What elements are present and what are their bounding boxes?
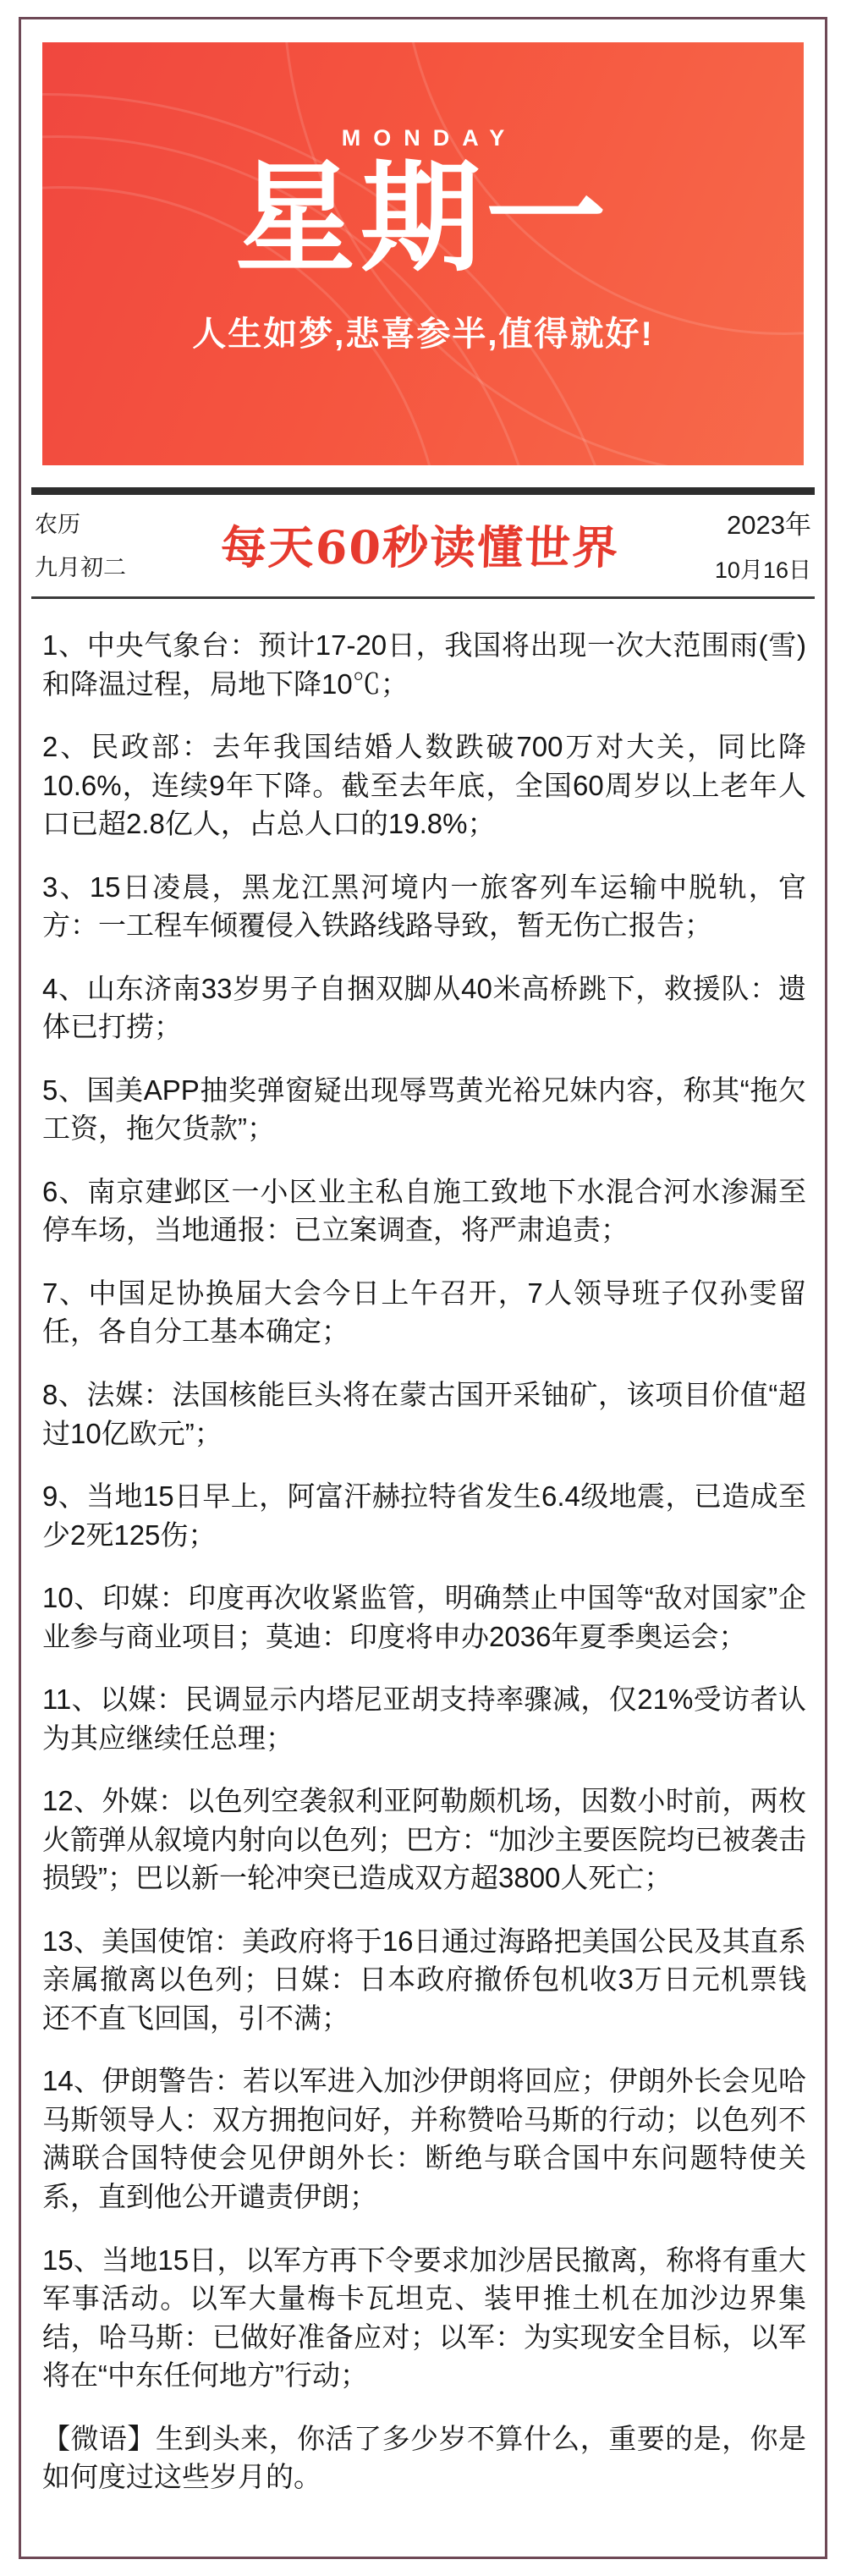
news-item: 14、伊朗警告：若以军进入加沙伊朗将回应；伊朗外长会见哈马斯领导人：双方拥抱问好… [42, 2062, 806, 2216]
news-item: 9、当地15日早上，阿富汗赫拉特省发生6.4级地震，已造成至少2死125伤； [42, 1477, 806, 1554]
lunar-date-column: 农历 九月初二 [35, 506, 126, 582]
news-item: 8、法媒：法国核能巨头将在蒙古国开采铀矿，该项目价值“超过10亿欧元”； [42, 1376, 806, 1453]
news-item: 7、中国足协换届大会今日上午召开，7人领导班子仅孙雯留任，各自分工基本确定； [42, 1274, 806, 1351]
news-item: 15、当地15日，以军方再下令要求加沙居民撤离，称将有重大军事活动。以军大量梅卡… [42, 2241, 806, 2395]
lunar-label: 农历 [35, 506, 126, 539]
news-list: 1、中央气象台：预计17-20日，我国将出现一次大范围雨(雪)和降温过程，局地下… [21, 599, 825, 2496]
year-label: 2023年 [715, 503, 811, 541]
page-frame: MONDAY 星期一 人生如梦,悲喜参半,值得就好! 农历 九月初二 每天60秒… [19, 17, 827, 2559]
news-item: 13、美国使馆：美政府将于16日通过海路把美国公民及其直系亲属撤离以色列；日媒：… [42, 1922, 806, 2038]
weekday-banner: MONDAY 星期一 人生如梦,悲喜参半,值得就好! [42, 42, 804, 465]
news-item: 5、国美APP抽奖弹窗疑出现辱骂黄光裕兄妹内容，称其“拖欠工资，拖欠货款”； [42, 1071, 806, 1148]
weiyu-quote: 【微语】生到头来，你活了多少岁不算什么，重要的是，你是如何度过这些岁月的。 [42, 2419, 806, 2496]
news-item: 2、民政部：去年我国结婚人数跌破700万对大关，同比降10.6%，连续9年下降。… [42, 728, 806, 843]
news-item: 1、中央气象台：预计17-20日，我国将出现一次大范围雨(雪)和降温过程，局地下… [42, 626, 806, 703]
gregorian-date-column: 2023年 10月16日 [715, 503, 811, 585]
lunar-date: 九月初二 [35, 549, 126, 582]
digest-title: 每天60秒读懂世界 [220, 512, 621, 577]
news-item: 11、以媒：民调显示内塔尼亚胡支持率骤减，仅21%受访者认为其应继续任总理； [42, 1680, 806, 1757]
news-item: 12、外媒：以色列空袭叙利亚阿勒颇机场，因数小时前，两枚火箭弹从叙境内射向以色列… [42, 1782, 806, 1898]
news-item: 3、15日凌晨，黑龙江黑河境内一旅客列车运输中脱轨，官方：一工程车倾覆侵入铁路线… [42, 868, 806, 945]
news-item: 6、南京建邺区一小区业主私自施工致地下水混合河水渗漏至停车场，当地通报：已立案调… [42, 1173, 806, 1250]
news-item: 4、山东济南33岁男子自捆双脚从40米高桥跳下，救援队：遗体已打捞； [42, 969, 806, 1046]
news-item: 10、印媒：印度再次收紧监管，明确禁止中国等“敌对国家”企业参与商业项目；莫迪：… [42, 1579, 806, 1656]
date-bar: 农历 九月初二 每天60秒读懂世界 2023年 10月16日 [31, 487, 815, 599]
date-label: 10月16日 [715, 552, 811, 585]
